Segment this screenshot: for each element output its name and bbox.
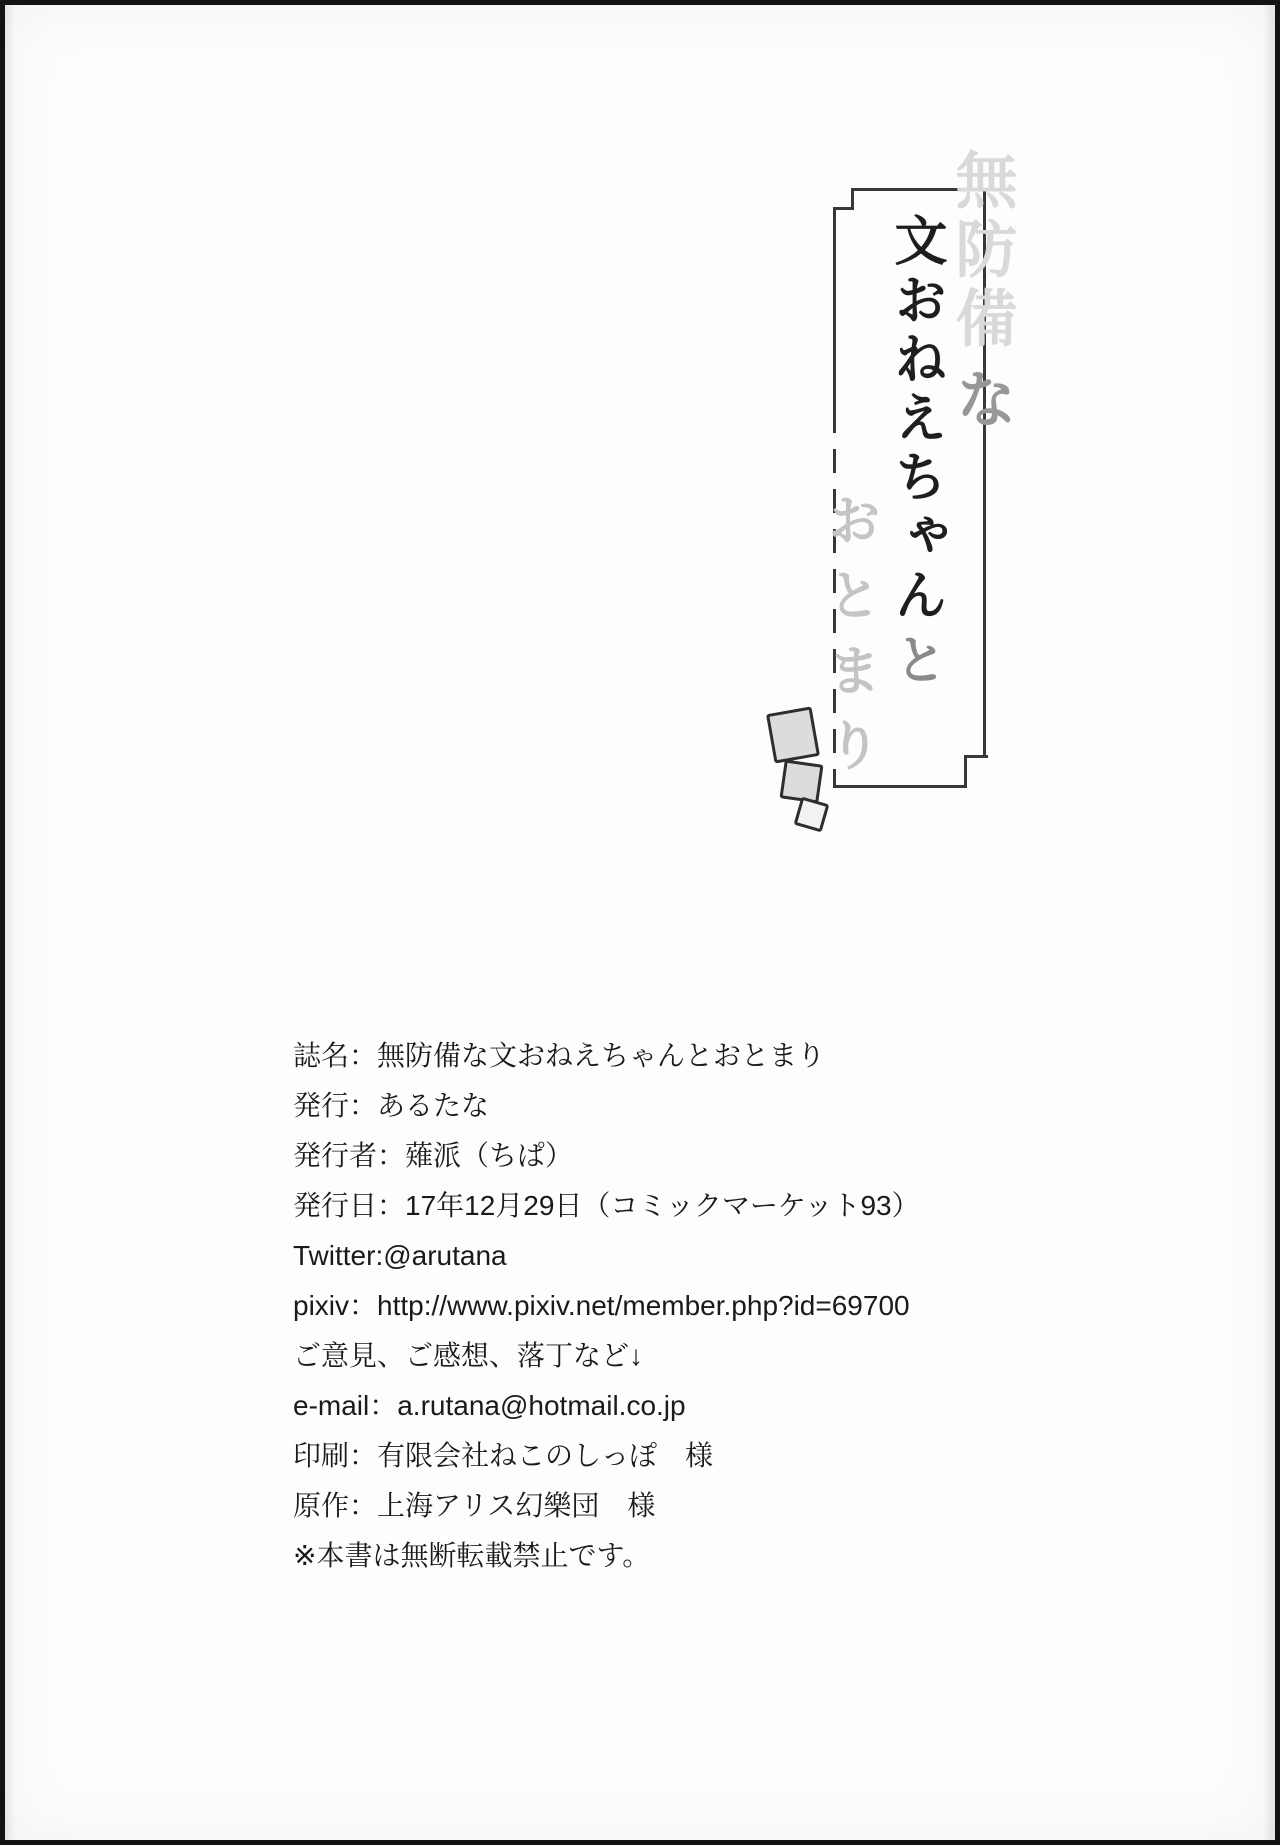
bracket-topleft-step-horizontal: [833, 207, 854, 210]
colophon-circle-line: 発行：あるたな: [293, 1081, 1053, 1131]
title-text-muboubi: 無防備: [946, 148, 1015, 355]
colophon-email-line: e-mail：a.rutana@hotmail.co.jp: [293, 1381, 1053, 1431]
title-column-muboubi-na: 無防備な: [941, 148, 1011, 436]
bracket-left-line-solid: [833, 207, 836, 409]
title-text-otomari: おとまり: [820, 492, 880, 792]
title-text-na: な: [946, 367, 1015, 436]
colophon-twitter-line: Twitter:@arutana: [293, 1231, 1053, 1281]
colophon-title-line: 誌名：無防備な文おねえちゃんとおとまり: [293, 1031, 1053, 1081]
title-text-to: と: [887, 632, 946, 691]
title-column-otomari: おとまり: [815, 492, 877, 792]
colophon-original-line: 原作：上海アリス幻樂団 様: [293, 1481, 1053, 1531]
colophon: 誌名：無防備な文おねえちゃんとおとまり 発行：あるたな 発行者：薙派（ちぱ） 発…: [293, 1031, 1053, 1581]
colophon-date-line: 発行日：17年12月29日（コミックマーケット93）: [293, 1181, 1053, 1231]
colophon-printer-line: 印刷：有限会社ねこのしっぽ 様: [293, 1431, 1053, 1481]
colophon-notice-line: ※本書は無断転載禁止です。: [293, 1531, 1053, 1581]
bracket-bottomright-step-vertical: [964, 755, 967, 788]
colophon-pixiv-line: pixiv：http://www.pixiv.net/member.php?id…: [293, 1281, 1053, 1331]
scanned-page: 無防備な 文おねえちゃんと おとまり 誌名：無防備な文おねえちゃんとおとまり 発…: [0, 0, 1280, 1845]
title-column-aya-oneechan-to: 文おねえちゃんと: [881, 213, 943, 691]
colophon-author-line: 発行者：薙派（ちぱ）: [293, 1131, 1053, 1181]
square-decoration-large: [766, 706, 820, 763]
colophon-feedback-line: ご意見、ご感想、落丁など↓: [293, 1331, 1053, 1381]
square-decoration-small: [794, 797, 830, 833]
title-text-aya-oneechan: 文おねえちゃん: [887, 213, 946, 626]
